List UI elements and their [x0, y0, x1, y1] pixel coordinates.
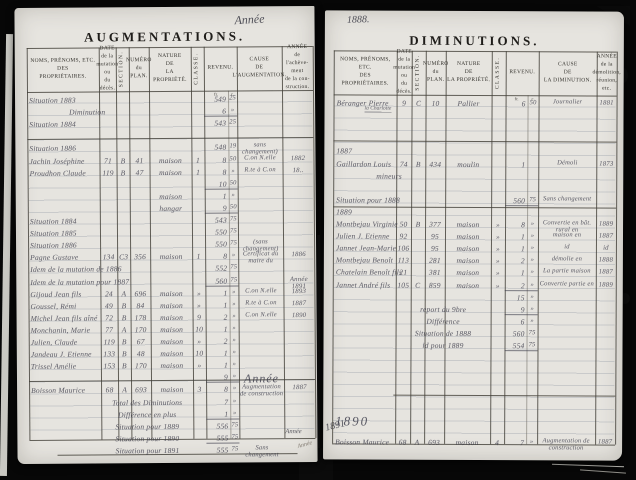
- cell-year: 1889: [596, 221, 616, 228]
- cell-revenue: 6»: [204, 107, 237, 117]
- column-header: DATE de la mutation ou du décès.: [99, 47, 116, 91]
- cell-cause: La partie maison: [538, 269, 596, 276]
- revenue-francs: 2: [206, 337, 230, 346]
- cell-date: 113: [396, 256, 411, 265]
- revenue-francs: 8: [205, 252, 229, 261]
- revenue-centimes: »: [527, 220, 538, 229]
- cell-date: 71: [99, 156, 116, 165]
- cell-property-nature: maison: [150, 301, 192, 310]
- cell-property-nature: maison: [445, 244, 491, 253]
- revenue-centimes: »: [229, 288, 238, 297]
- revenue-francs: 556: [206, 421, 230, 430]
- column-header: DATE de la mutation ou du décès.: [397, 51, 412, 95]
- cell-class: »: [192, 300, 205, 309]
- revenue-francs: 1: [206, 409, 230, 418]
- revenue-francs: 555: [206, 445, 230, 454]
- cell-date: 106: [396, 244, 411, 253]
- cell-revenue: 2»: [505, 281, 538, 291]
- revenue-centimes: 50: [229, 203, 238, 212]
- cell-property-nature: maison: [445, 268, 491, 277]
- cell-date: 74: [396, 159, 411, 168]
- cell-summary-label: Différence en plus: [101, 409, 193, 419]
- cell-revenue: 2»: [505, 256, 538, 265]
- cell-owner-name: Gaillardon Louis: [336, 159, 394, 168]
- cell-revenue: 54819: [204, 143, 237, 152]
- cell-revenue: 650: [506, 99, 539, 108]
- cell-revenue: 6»: [505, 317, 538, 326]
- cell-date: 105: [396, 280, 411, 289]
- cell-owner-name: Julien, Claude: [31, 337, 99, 346]
- cell-summary-label: Situation pour 1890: [101, 434, 193, 444]
- cell-date: 92: [396, 232, 411, 241]
- cell-revenue: 1»: [505, 232, 538, 241]
- revenue-centimes: 50: [229, 179, 238, 188]
- revenue-centimes: »: [230, 373, 239, 382]
- revenue-centimes: »: [229, 252, 238, 261]
- cell-cause: Augmentation de construction: [537, 438, 595, 452]
- cell-class: »: [491, 281, 505, 290]
- gutter-shadow-line: [317, 235, 320, 475]
- cell-revenue: 1»: [505, 269, 538, 278]
- cell-year: 1873: [596, 160, 616, 167]
- cell-year: 1887: [596, 233, 616, 240]
- revenue-centimes: »: [526, 438, 537, 447]
- table-row: Béranger Pierrela Charlotte9C10Pallier65…: [325, 98, 624, 111]
- cell-revenue: 7»: [206, 397, 239, 406]
- cell-plan-number: 281: [425, 256, 445, 265]
- cell-property-nature: moulin: [445, 159, 491, 168]
- revenue-centimes: »: [230, 336, 239, 345]
- cell-date: 134: [100, 253, 117, 262]
- column-header: NATURE DE LA PROPRIÉTÉ.: [446, 51, 492, 95]
- cell-revenue: 55275: [205, 264, 238, 273]
- revenue-francs: 9: [206, 373, 230, 382]
- cell-cause: Sans changement: [538, 196, 596, 203]
- revenue-centimes: »: [527, 293, 538, 302]
- revenue-centimes: »: [229, 167, 238, 176]
- cell-cause: Journalier: [539, 99, 597, 106]
- cell-revenue: 8»: [206, 385, 239, 394]
- revenue-francs: 549: [204, 95, 228, 104]
- revenue-francs: 6: [506, 99, 528, 108]
- revenue-centimes: [527, 160, 538, 169]
- cell-class: 10: [193, 349, 206, 358]
- cell-revenue: 8»: [205, 252, 238, 261]
- cell-plan-number: 377: [425, 220, 445, 229]
- revenue-centimes: 50: [228, 155, 237, 164]
- cell-revenue: 55675: [206, 421, 239, 430]
- cell-class: 1: [192, 252, 205, 261]
- cell-section: B: [117, 168, 130, 177]
- cell-owner-name: Chatelain Benoît fils: [336, 268, 394, 277]
- cell-property-nature: maison: [150, 252, 192, 261]
- cell-date: 21: [396, 268, 411, 277]
- cell-owner-name: mineurs: [376, 171, 434, 180]
- cell-plan-number: 10: [426, 99, 446, 108]
- cell-year: 1887: [595, 438, 615, 445]
- cell-revenue: 2»: [206, 312, 239, 321]
- table-row: 1890: [323, 413, 622, 426]
- revenue-francs: 6: [505, 317, 527, 326]
- cell-revenue: 7»: [504, 438, 537, 447]
- revenue-francs: 1: [206, 324, 230, 333]
- revenue-francs: 7: [504, 438, 526, 447]
- cell-revenue: 55075: [205, 240, 238, 249]
- cell-class: 3: [193, 385, 206, 394]
- revenue-centimes: »: [229, 300, 238, 309]
- revenue-centimes: »: [230, 409, 239, 418]
- cell-revenue: 55575: [206, 433, 239, 443]
- cell-owner-name: Idem de la mutation de 1886: [30, 265, 98, 274]
- cell-date: 153: [101, 362, 118, 371]
- revenue-francs: 1: [505, 244, 527, 253]
- cell-owner-name: Michel Jean fils aîné: [31, 313, 99, 322]
- table-row: Situation pour 189155575Sans changement: [17, 445, 317, 459]
- cell-owner-name: Goussel, Rémi: [30, 301, 98, 310]
- cell-summary-label: id pour 1889: [396, 341, 491, 350]
- cell-revenue: 1»: [205, 300, 238, 309]
- cell-revenue: 1»: [206, 324, 239, 333]
- cell-revenue: 8»: [205, 167, 238, 176]
- cell-section: C3: [117, 253, 130, 262]
- revenue-centimes: 75: [229, 228, 238, 237]
- cell-property-nature: maison: [151, 361, 193, 370]
- cell-year: 1889: [596, 281, 616, 288]
- cell-property-nature: maison: [445, 232, 491, 241]
- revenue-centimes: 75: [527, 196, 538, 205]
- cell-owner-name: Monchanin, Marie: [31, 325, 99, 334]
- cell-date: 68: [101, 386, 118, 395]
- revenue-francs: 2: [505, 256, 527, 265]
- table-row: mineurs: [324, 171, 623, 184]
- table-row: report du 9bre9»: [324, 304, 623, 317]
- revenue-centimes: 75: [229, 215, 238, 224]
- cell-plan-number: 381: [425, 268, 445, 277]
- cell-revenue: 56075: [205, 276, 238, 286]
- cell-year: 1890: [284, 312, 315, 319]
- cell-cause: Démoli: [538, 160, 596, 167]
- cell-plan-number: 67: [131, 337, 151, 346]
- left-page: AUGMENTATIONS. Année Année Année NOMS, P…: [14, 6, 317, 464]
- cell-property-nature: maison: [444, 438, 490, 447]
- revenue-francs: 1: [205, 288, 229, 297]
- cell-section: B: [117, 301, 130, 310]
- cell-section: C: [411, 280, 425, 289]
- cell-property-nature: maison: [151, 385, 193, 394]
- cell-cause: Convertie partie en: [538, 281, 596, 288]
- cell-plan-number: 47: [130, 168, 150, 177]
- cell-revenue: 1»: [205, 191, 238, 200]
- cell-summary-label: Situation de 1888: [396, 329, 491, 338]
- revenue-centimes: »: [527, 257, 538, 266]
- cell-class: »: [193, 361, 206, 370]
- cell-property-nature: maison: [150, 167, 192, 176]
- cell-property-nature: maison: [151, 349, 193, 358]
- cell-cause: Sans changement: [239, 445, 284, 459]
- cell-owner-name: Proudhon Claude: [30, 168, 98, 177]
- cell-class: »: [491, 268, 505, 277]
- cell-revenue: 1»: [206, 361, 239, 370]
- cell-plan-number: 48: [131, 349, 151, 358]
- cell-property-nature: maison: [445, 256, 491, 265]
- cell-date: 119: [100, 168, 117, 177]
- cell-revenue: 56075: [505, 329, 538, 338]
- cell-plan-number: 693: [424, 438, 444, 447]
- revenue-centimes: 25: [228, 119, 237, 128]
- cell-date: 133: [101, 349, 118, 358]
- revenue-francs: 1: [505, 269, 527, 278]
- cell-owner-name: Situation pour 1888: [336, 195, 394, 204]
- revenue-centimes: 75: [526, 341, 537, 350]
- table-row: Situation 188454325: [15, 118, 315, 132]
- cell-section: A: [118, 325, 131, 334]
- cell-plan-number: 356: [130, 252, 150, 261]
- cell-year: 1887: [596, 269, 616, 276]
- revenue-francs: 560: [505, 196, 527, 205]
- revenue-centimes: 75: [230, 445, 239, 454]
- table-row: Boisson Maurice68A693maison47»Augmentati…: [323, 437, 622, 450]
- revenue-centimes: 25: [228, 95, 237, 104]
- cell-section: B: [118, 361, 131, 370]
- cell-cause: C.on N.elle: [239, 312, 284, 319]
- cell-owner-name: Montbejau Virginie: [336, 219, 394, 228]
- cell-date: 119: [101, 337, 118, 346]
- cell-cause: C.on N.elle: [238, 288, 283, 295]
- cell-year: 1887: [284, 384, 315, 391]
- cell-class: »: [192, 288, 205, 297]
- cell-owner-subname: la Charlotte: [365, 106, 392, 113]
- revenue-francs: 548: [204, 143, 228, 152]
- column-header: CLASSE.: [492, 51, 506, 95]
- cell-section: A: [410, 438, 424, 447]
- revenue-francs: 1: [505, 232, 527, 241]
- cell-date: 9: [397, 99, 412, 108]
- revenue-centimes: 75: [229, 264, 238, 273]
- cell-cause: démolie en: [538, 257, 596, 264]
- revenue-francs: 554: [505, 341, 527, 350]
- cell-property-nature: maison: [151, 325, 193, 334]
- table-row: Situation de 188856075: [324, 328, 623, 341]
- cell-owner-name: Boisson Maurice: [335, 437, 393, 446]
- cell-revenue: 55475: [504, 341, 537, 351]
- column-header: ANNÉE de la démolition, réunion, etc.: [597, 52, 617, 96]
- cell-class: 10: [193, 325, 206, 334]
- revenue-centimes: 75: [229, 240, 238, 249]
- cell-revenue: 2»: [206, 336, 239, 345]
- cell-revenue: 55575: [206, 445, 239, 454]
- cell-section: C: [412, 99, 426, 108]
- cell-cause: R.te à C.on: [238, 300, 283, 307]
- revenue-centimes: 75: [230, 433, 239, 442]
- cell-revenue: 9»: [505, 305, 538, 315]
- cell-class: »: [491, 220, 505, 229]
- revenue-francs: 8: [205, 167, 229, 176]
- cell-property-nature: maison: [151, 313, 193, 322]
- cell-revenue: 1050: [205, 179, 238, 189]
- revenue-centimes: »: [527, 232, 538, 241]
- column-header: NATURE DE LA PROPRIÉTÉ.: [149, 47, 191, 91]
- cell-owner-name: 1887: [336, 147, 394, 156]
- cell-year: 1886: [283, 251, 314, 258]
- cell-plan-number: 170: [131, 325, 151, 334]
- cell-revenue: 1»: [206, 349, 239, 358]
- cell-date: 49: [100, 301, 117, 310]
- revenue-francs: 7: [206, 397, 230, 406]
- cell-cause: R.te à C.on: [238, 167, 283, 174]
- cell-date: 77: [101, 325, 118, 334]
- cell-plan-number: 95: [425, 244, 445, 253]
- revenue-francs: 8: [505, 220, 527, 229]
- cell-class: »: [491, 232, 505, 241]
- cell-owner-name: Situation 1883: [29, 95, 97, 104]
- cell-property-nature: hangar: [150, 204, 192, 213]
- revenue-francs: 1: [205, 191, 229, 200]
- cell-owner-name: Situation 1886: [30, 241, 98, 250]
- cell-class: 4: [490, 438, 504, 447]
- cell-owner-name: Trissel Amélie: [31, 362, 99, 371]
- cell-owner-name: Gijoud Jean fils: [30, 289, 98, 298]
- cell-section: B: [411, 220, 425, 229]
- revenue-francs: 543: [205, 216, 229, 225]
- cell-section: A: [118, 386, 131, 395]
- cell-cause: maison en: [538, 232, 596, 239]
- cell-section: B: [116, 156, 129, 165]
- cell-owner-name: Jannet André fils: [336, 280, 394, 289]
- revenue-francs: 8: [206, 385, 230, 394]
- revenue-centimes: »: [230, 349, 239, 358]
- revenue-centimes: »: [527, 317, 538, 326]
- cell-class: »: [491, 256, 505, 265]
- cell-revenue: 54325: [204, 119, 237, 128]
- ledger-table-augmentations: NOMS, PRÉNOMS, ETC. DES PROPRIÉTAIRES.DA…: [14, 6, 317, 464]
- cell-revenue: 1»: [205, 288, 238, 297]
- cell-plan-number: 41: [129, 156, 149, 165]
- cell-plan-number: 693: [131, 385, 151, 394]
- cell-revenue: 56075: [505, 196, 538, 206]
- cell-section: B: [118, 337, 131, 346]
- revenue-francs: 550: [205, 228, 229, 237]
- cell-owner-name: 1889: [336, 207, 394, 216]
- cell-date: 50: [396, 220, 411, 229]
- cell-revenue: 1: [505, 160, 538, 169]
- cell-summary-label: Différence: [396, 316, 491, 325]
- revenue-centimes: »: [527, 281, 538, 290]
- column-header: CAUSE DE L'AUGMENTATION.: [237, 46, 282, 90]
- revenue-francs: 9: [505, 305, 527, 314]
- revenue-centimes: »: [230, 312, 239, 321]
- cell-year: 1887: [283, 300, 314, 307]
- cell-section: A: [117, 289, 130, 298]
- cell-plan-number: 434: [425, 159, 445, 168]
- page-stack-line-bottomright-1: [552, 464, 624, 468]
- column-header: NUMÉRO du PLAN.: [426, 51, 446, 95]
- cell-year: id: [596, 245, 616, 252]
- cell-summary-label: report du 9bre: [396, 304, 491, 313]
- revenue-francs: 1: [205, 300, 229, 309]
- cell-revenue: 8»: [505, 220, 538, 229]
- cell-plan-number: 696: [130, 289, 150, 298]
- cell-class: »: [491, 244, 505, 253]
- cell-revenue: 54375: [205, 215, 238, 224]
- cell-class: »: [193, 337, 206, 346]
- cell-revenue: 54925: [204, 95, 237, 104]
- revenue-francs: 2: [505, 281, 527, 290]
- revenue-francs: 10: [205, 179, 229, 188]
- cell-class: 1: [191, 155, 204, 164]
- revenue-centimes: »: [527, 269, 538, 278]
- cell-owner-name: Situation 1885: [30, 229, 98, 238]
- cell-revenue: 15»: [505, 293, 538, 302]
- cell-date: 24: [100, 289, 117, 298]
- scanned-ledger: AUGMENTATIONS. Année Année Année NOMS, P…: [0, 0, 636, 480]
- cell-owner-name: Jannet Jean-Marie: [336, 244, 394, 253]
- right-page: DIMINUTIONS. 1888. 1891 NOMS, PRÉNOMS, E…: [323, 10, 624, 460]
- revenue-francs: 1: [505, 160, 527, 169]
- cell-owner-name: Montbejau Benoît: [336, 256, 394, 265]
- cell-class: 9: [193, 313, 206, 322]
- cell-property-nature: maison: [445, 220, 491, 229]
- cell-section: B: [118, 313, 131, 322]
- cell-class: 1: [192, 167, 205, 176]
- cell-revenue: 950: [205, 203, 238, 213]
- cell-property-nature: maison: [445, 280, 491, 289]
- page-stack-edge-left: [0, 34, 13, 476]
- cell-revenue: 1»: [206, 409, 239, 419]
- cell-summary-label: Situation pour 1891: [101, 446, 193, 456]
- cell-year: 18..: [283, 167, 314, 174]
- cell-owner-name: Diminution: [69, 107, 137, 116]
- cell-owner-name: Boisson Maurice: [31, 386, 99, 395]
- cell-plan-number: 859: [425, 280, 445, 289]
- cell-summary-label: Situation pour 1889: [101, 422, 193, 432]
- cell-summary-label: Total des Diminutions: [101, 397, 193, 407]
- cell-plan-number: 84: [130, 301, 150, 310]
- revenue-centimes: »: [230, 385, 239, 394]
- revenue-centimes: »: [229, 191, 238, 200]
- cell-plan-number: 170: [131, 361, 151, 370]
- revenue-francs: 555: [206, 433, 230, 442]
- cell-plan-number: 178: [131, 313, 151, 322]
- cell-owner-name: Idem de la mutation pour 1887: [30, 277, 98, 286]
- cell-owner-name: Julien J. Etienne: [336, 231, 394, 240]
- revenue-francs: 1: [206, 361, 230, 370]
- revenue-francs: 560: [205, 276, 229, 285]
- cell-revenue: 9»: [206, 373, 239, 383]
- cell-owner-name: 1890: [335, 413, 393, 429]
- cell-owner-name: Pagne Gustave: [30, 253, 98, 262]
- cell-section: B: [411, 159, 425, 168]
- revenue-francs: 8: [204, 155, 228, 164]
- revenue-centimes: »: [230, 397, 239, 406]
- cell-year: 1882: [282, 154, 313, 161]
- column-header: CLASSE.: [191, 47, 204, 91]
- revenue-centimes: 50: [528, 99, 539, 108]
- revenue-francs: 6: [204, 107, 228, 116]
- ledger-table-diminutions: NOMS, PRÉNOMS, ETC. DES PROPRIÉTAIRES.DA…: [323, 10, 624, 460]
- table-row: id pour 188955475: [323, 340, 622, 353]
- cell-property-nature: maison: [149, 155, 191, 164]
- revenue-francs: 2: [206, 312, 230, 321]
- revenue-francs: 550: [205, 240, 229, 249]
- revenue-centimes: »: [230, 361, 239, 370]
- column-header: CAUSE DE LA DIMINUTION.: [539, 51, 597, 95]
- cell-year: 1893: [283, 288, 314, 295]
- column-header: NOMS, PRÉNOMS, ETC. DES PROPRIÉTAIRES.: [334, 50, 397, 94]
- cell-owner-name: Situation 1884: [30, 216, 98, 225]
- cell-owner-name: Situation 1886: [29, 144, 97, 153]
- cell-property-nature: maison: [151, 337, 193, 346]
- cell-revenue: 1»: [505, 244, 538, 253]
